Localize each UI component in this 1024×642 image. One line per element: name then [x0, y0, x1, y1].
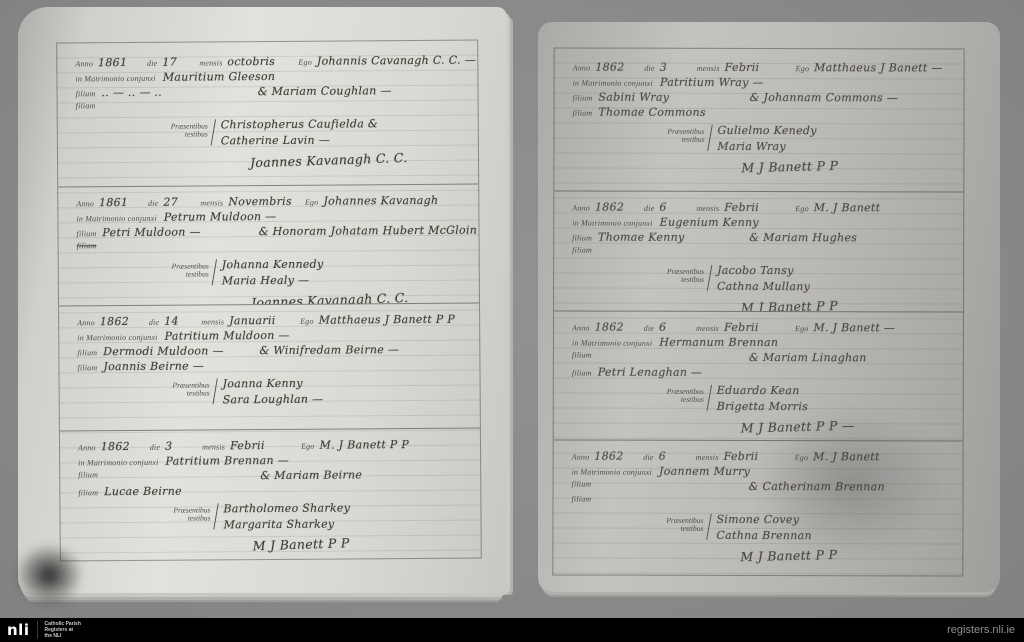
- entry-conjunxi-row: in Matrimonio conjunxi Eugenium Kenny: [572, 215, 957, 231]
- witness-bracket: [706, 514, 712, 540]
- die-label: die: [644, 64, 654, 73]
- entry-signature-row: M J Banett P P: [79, 535, 475, 553]
- testibus-label: Præsentibus testibus: [618, 124, 704, 144]
- entry-witnesses-row: Præsentibus testibus Joanna Kenny Sara L…: [78, 376, 474, 411]
- month-value: Febrii: [725, 61, 783, 74]
- priest-value: Johannes Kavanagh: [323, 194, 438, 208]
- day-value: 14: [164, 315, 188, 328]
- bride-value: & Catherinam Brennan: [749, 480, 885, 493]
- entry-conjunxi-row: in Matrimonio conjunxi Joannem Murry: [572, 465, 957, 481]
- groom-value: Patritium Brennan —: [165, 454, 289, 468]
- groom-father-value: .. — .. — ..: [101, 86, 162, 99]
- entry-filiam-row: filiam Joannis Beirne —: [77, 358, 473, 376]
- witness2-value: Sara Loughlan —: [223, 393, 324, 410]
- month-value: Januarii: [229, 314, 287, 327]
- mensis-label: mensis: [697, 64, 720, 73]
- priest-signature: M J Banett P P: [741, 298, 838, 311]
- register-entry: Anno 1862 die 6 mensis Febrii Ego M. J B…: [554, 310, 963, 441]
- testibus-label-line2: testibus: [186, 271, 209, 279]
- priest-value: M. J Banett: [814, 201, 881, 214]
- testibus-label: Præsentibus testibus: [617, 513, 703, 533]
- bride-father-value: Petri Lenaghan —: [598, 365, 703, 378]
- register-scan-viewer: Anno 1861 die 17 mensis octobris Ego Joh…: [0, 0, 1024, 642]
- book-corner-shadow: [14, 543, 84, 607]
- groom-value: Hermanum Brennan: [659, 335, 778, 348]
- entry-signature-row: [78, 411, 474, 429]
- register-entry: Anno 1862 die 14 mensis Januarii Ego Mat…: [59, 303, 480, 430]
- priest-signature: M J Banett P P: [253, 535, 350, 553]
- entry-signature-row: M J Banett P P: [571, 548, 956, 564]
- entry-witnesses-row: Præsentibus testibus Bartholomeo Sharkey…: [78, 500, 474, 535]
- mensis-label: mensis: [696, 453, 719, 462]
- year-value: 1862: [595, 61, 631, 74]
- witness1-value: Simone Covey: [716, 513, 812, 529]
- entry-filium-row: filium Thomae Kenny & Mariam Hughes: [572, 230, 957, 246]
- priest-value: Matthaeus J Banett P P: [319, 313, 456, 327]
- register-entry: Anno 1862 die 3 mensis Febrii Ego Mattha…: [554, 48, 963, 191]
- witness2-value: Maria Healy —: [222, 274, 324, 291]
- month-value: Febrii: [230, 439, 288, 452]
- right-page-form: Anno 1862 die 3 mensis Febrii Ego Mattha…: [552, 47, 964, 576]
- entry-conjunxi-row: in Matrimonio conjunxi Hermanum Brennan: [572, 335, 957, 351]
- day-value: 6: [659, 450, 683, 463]
- entry-signature-row: Joannes Kavanagh C. C.: [76, 152, 472, 170]
- anno-label: Anno: [78, 443, 96, 452]
- left-page-form: Anno 1861 die 17 mensis octobris Ego Joh…: [56, 40, 482, 562]
- testibus-label-line2: testibus: [187, 390, 210, 398]
- die-label: die: [148, 199, 158, 208]
- filium-label: filium: [573, 94, 593, 103]
- entry-witnesses-row: Præsentibus testibus Eduardo Kean Briget…: [572, 383, 957, 416]
- bride-father-value: Thomae Commons: [598, 106, 706, 119]
- entry-filiam-row: filiam: [571, 495, 956, 511]
- witness-names: Simone Covey Cathna Brennan: [716, 513, 812, 545]
- witness-bracket: [212, 260, 217, 286]
- month-value: Febrii: [724, 450, 782, 463]
- filiam-label: filiam: [571, 495, 591, 504]
- filium-label: filium: [77, 349, 97, 358]
- ego-label: Ego: [301, 441, 315, 450]
- witness-bracket: [212, 379, 217, 405]
- entry-conjunxi-row: in Matrimonio conjunxi Patritium Wray —: [573, 76, 958, 92]
- groom-value: Patritium Muldoon —: [165, 329, 290, 343]
- day-value: 6: [659, 320, 683, 333]
- priest-value: Matthaeus J Banett —: [814, 61, 943, 74]
- conjunxi-label: in Matrimonio conjunxi: [573, 79, 653, 88]
- entry-filium-row: filium & Catherinam Brennan: [572, 480, 957, 496]
- die-label: die: [150, 443, 160, 452]
- witness1-value: Gulielmo Kenedy: [717, 124, 816, 140]
- entry-date-row: Anno 1862 die 6 mensis Febrii Ego M. J B…: [572, 450, 957, 466]
- filiam-label: filiam: [77, 364, 97, 373]
- year-value: 1862: [100, 315, 136, 328]
- witness1-value: Johanna Kennedy: [222, 258, 324, 275]
- register-entry: Anno 1862 die 6 mensis Febrii Ego M. J B…: [554, 190, 963, 311]
- die-label: die: [644, 203, 654, 212]
- entry-date-row: Anno 1862 die 6 mensis Febrii Ego M. J B…: [572, 320, 957, 336]
- filium-label: filium: [572, 233, 592, 242]
- entry-witnesses-row: Præsentibus testibus Gulielmo Kenedy Mar…: [572, 124, 957, 157]
- witness-bracket: [707, 125, 713, 151]
- die-label: die: [149, 318, 159, 327]
- groom-father-value: Sabini Wray: [598, 91, 669, 104]
- month-value: Febrii: [724, 320, 782, 333]
- register-entry: Anno 1862 die 6 mensis Febrii Ego M. J B…: [553, 440, 962, 576]
- mensis-label: mensis: [696, 323, 719, 332]
- witness2-value: Margarita Sharkey: [224, 517, 351, 534]
- priest-value: M. J Banett —: [813, 321, 895, 334]
- site-watermark: registers.nli.ie: [947, 624, 1015, 636]
- witness-names: Johanna Kennedy Maria Healy —: [222, 258, 324, 291]
- priest-signature: M J Banett P P: [742, 158, 839, 175]
- ego-label: Ego: [298, 58, 312, 67]
- testibus-label: Præsentibus testibus: [618, 383, 704, 403]
- anno-label: Anno: [573, 64, 591, 73]
- right-page: Anno 1862 die 3 mensis Febrii Ego Mattha…: [538, 22, 1000, 592]
- ego-label: Ego: [796, 64, 810, 73]
- year-value: 1862: [101, 440, 137, 453]
- mensis-label: mensis: [199, 58, 222, 67]
- mensis-label: mensis: [202, 442, 225, 451]
- testibus-label-line2: testibus: [681, 395, 704, 403]
- bride-value: & Johannam Commons —: [750, 91, 898, 104]
- year-value: 1862: [594, 450, 630, 463]
- register-entry: Anno 1862 die 3 mensis Febrii Ego M. J B…: [60, 427, 481, 560]
- priest-signature: M J Banett P P: [741, 547, 838, 564]
- filiam-label: filiam: [77, 241, 97, 250]
- nli-tagline-line3: the NLI: [44, 633, 80, 639]
- witness2-value: Brigetta Morris: [717, 399, 808, 415]
- witness-bracket: [213, 503, 218, 529]
- witness-names: Bartholomeo Sharkey Margarita Sharkey: [223, 501, 350, 534]
- entry-filium-row: filium Sabini Wray & Johannam Commons —: [573, 91, 958, 107]
- testibus-label: Præsentibus testibus: [124, 502, 210, 523]
- day-value: 6: [659, 200, 683, 213]
- entry-filiam-row: filiam: [77, 239, 473, 257]
- bride-father-value: Joannis Beirne —: [103, 360, 204, 374]
- register-entry: Anno 1861 die 27 mensis Novembris Ego Jo…: [58, 184, 479, 306]
- ego-label: Ego: [305, 198, 319, 207]
- left-page: Anno 1861 die 17 mensis octobris Ego Joh…: [18, 7, 507, 593]
- witness-names: Gulielmo Kenedy Maria Wray: [717, 124, 816, 156]
- entry-signature-row: M J Banett P P: [572, 159, 957, 175]
- witness1-value: Joanna Kenny: [223, 377, 324, 394]
- witness1-value: Christopherus Caufielda &: [221, 117, 378, 134]
- bride-value: & Mariam Linaghan: [749, 350, 867, 363]
- year-value: 1862: [595, 200, 631, 213]
- ego-label: Ego: [795, 324, 809, 333]
- bride-value: & Mariam Coughlan —: [258, 84, 392, 98]
- nli-tagline: Catholic Parish Registers at the NLI: [37, 621, 80, 639]
- month-value: octobris: [227, 55, 285, 68]
- entry-filium-row: filium & Mariam Linaghan: [572, 350, 957, 366]
- ego-label: Ego: [795, 453, 809, 462]
- month-value: Febrii: [724, 201, 782, 214]
- entry-filium-row: filium Dermodi Muldoon — & Winifredam Be…: [77, 343, 473, 361]
- entry-signature-row: M J Banett P P: [572, 298, 957, 311]
- entry-filiam-row: filiam Lucae Beirne: [78, 482, 474, 500]
- groom-value: Patritium Wray —: [660, 76, 764, 89]
- witness-bracket: [706, 384, 712, 410]
- witness1-value: Eduardo Kean: [717, 383, 808, 399]
- witness-bracket: [211, 119, 216, 145]
- entry-filiam-row: filiam Thomae Commons: [573, 106, 958, 122]
- conjunxi-label: in Matrimonio conjunxi: [78, 458, 158, 468]
- groom-value: Mauritium Gleeson: [163, 70, 276, 84]
- year-value: 1861: [98, 56, 134, 69]
- die-label: die: [644, 323, 654, 332]
- anno-label: Anno: [77, 319, 95, 328]
- filium-label: filium: [78, 470, 98, 479]
- filiam-label: filiam: [572, 245, 592, 254]
- die-label: die: [643, 453, 653, 462]
- priest-signature: Joannes Kavanagh C. C.: [250, 150, 408, 170]
- conjunxi-label: in Matrimonio conjunxi: [572, 338, 652, 347]
- witness-names: Christopherus Caufielda & Catherine Lavi…: [221, 117, 378, 150]
- filium-label: filium: [76, 229, 96, 238]
- anno-label: Anno: [572, 323, 590, 332]
- filium-label: filium: [572, 480, 592, 489]
- entry-witnesses-row: Præsentibus testibus Simone Covey Cathna…: [571, 513, 956, 546]
- filium-label: filium: [572, 350, 592, 359]
- testibus-label-line2: testibus: [185, 130, 208, 138]
- entry-witnesses-row: Præsentibus testibus Johanna Kennedy Mar…: [77, 257, 473, 292]
- die-label: die: [147, 59, 157, 68]
- filiam-label: filiam: [76, 101, 96, 110]
- groom-father-value: Dermodi Muldoon —: [103, 345, 224, 359]
- anno-label: Anno: [572, 453, 590, 462]
- day-value: 17: [162, 56, 186, 69]
- entry-filium-row: filium & Mariam Beirne: [78, 467, 474, 485]
- testibus-label-line2: testibus: [681, 276, 704, 284]
- filiam-label: filiam: [573, 109, 593, 118]
- conjunxi-label: in Matrimonio conjunxi: [77, 333, 157, 343]
- anno-label: Anno: [76, 199, 94, 208]
- filium-label: filium: [76, 89, 96, 98]
- entry-witnesses-row: Præsentibus testibus Jacobo Tansy Cathna…: [572, 263, 957, 296]
- testibus-label: Præsentibus testibus: [124, 378, 210, 399]
- groom-value: Eugenium Kenny: [660, 215, 759, 228]
- witness1-value: Bartholomeo Sharkey: [223, 501, 350, 518]
- witness2-value: Maria Wray: [717, 140, 816, 156]
- testibus-label-line2: testibus: [680, 525, 703, 533]
- priest-value: Johannis Cavanagh C. C. —: [317, 54, 476, 68]
- entry-filium-row: filium Petri Muldoon — & Honoram Johatam…: [76, 224, 472, 242]
- witness-names: Jacobo Tansy Cathna Mullany: [717, 264, 810, 296]
- entry-filiam-row: filiam Petri Lenaghan —: [572, 365, 957, 381]
- priest-value: M. J Banett: [813, 450, 880, 463]
- conjunxi-label: in Matrimonio conjunxi: [76, 214, 156, 224]
- filiam-label: filiam: [572, 368, 592, 377]
- witness-names: Joanna Kenny Sara Loughlan —: [223, 377, 324, 410]
- bride-value: & Winifredam Beirne —: [259, 344, 399, 358]
- year-value: 1861: [99, 196, 135, 209]
- entry-filiam-row: filiam: [572, 245, 957, 261]
- testibus-label: Præsentibus testibus: [123, 259, 209, 280]
- priest-value: M. J Banett P P: [320, 438, 410, 452]
- witness1-value: Jacobo Tansy: [717, 264, 810, 280]
- bride-father-value: Lucae Beirne: [104, 484, 182, 498]
- mensis-label: mensis: [200, 198, 223, 207]
- anno-label: Anno: [572, 203, 590, 212]
- ego-label: Ego: [795, 204, 809, 213]
- day-value: 3: [165, 439, 189, 452]
- conjunxi-label: in Matrimonio conjunxi: [75, 74, 155, 84]
- entry-date-row: Anno 1862 die 6 mensis Febrii Ego M. J B…: [572, 200, 957, 216]
- entry-filium-row: filium .. — .. — .. & Mariam Coughlan —: [76, 84, 472, 102]
- groom-father-value: Petri Muldoon —: [102, 226, 200, 240]
- filiam-label: filiam: [78, 488, 98, 497]
- conjunxi-label: in Matrimonio conjunxi: [572, 468, 652, 477]
- entry-signature-row: M J Banett P P —: [572, 418, 957, 434]
- month-value: Novembris: [228, 195, 292, 208]
- testibus-label: Præsentibus testibus: [122, 118, 208, 139]
- entry-witnesses-row: Præsentibus testibus Christopherus Caufi…: [76, 117, 472, 152]
- witness-names: Eduardo Kean Brigetta Morris: [717, 383, 808, 415]
- witness2-value: Catherine Lavin —: [221, 133, 378, 150]
- groom-value: Petrum Muldoon —: [164, 210, 277, 224]
- witness2-value: Cathna Mullany: [717, 280, 810, 296]
- ego-label: Ego: [300, 317, 314, 326]
- register-entry: Anno 1861 die 17 mensis octobris Ego Joh…: [57, 41, 478, 187]
- testibus-label: Præsentibus testibus: [618, 263, 704, 283]
- footer-bar: nli Catholic Parish Registers at the NLI…: [0, 618, 1024, 642]
- mensis-label: mensis: [201, 318, 224, 327]
- testibus-label-line2: testibus: [682, 136, 705, 144]
- bride-value: & Mariam Hughes: [749, 231, 857, 244]
- groom-father-value: Thomae Kenny: [598, 230, 685, 243]
- anno-label: Anno: [75, 59, 93, 68]
- nli-logo: nli: [7, 623, 29, 638]
- conjunxi-label: in Matrimonio conjunxi: [572, 218, 652, 227]
- groom-value: Joannem Murry: [659, 465, 750, 478]
- witness-bracket: [707, 265, 713, 291]
- witness2-value: Cathna Brennan: [716, 529, 812, 545]
- testibus-label-line2: testibus: [188, 514, 211, 522]
- bride-value: & Mariam Beirne: [260, 468, 362, 482]
- entry-date-row: Anno 1862 die 3 mensis Febrii Ego Mattha…: [573, 61, 958, 77]
- day-value: 27: [163, 196, 187, 209]
- day-value: 3: [660, 61, 684, 74]
- priest-signature: M J Banett P P —: [741, 417, 855, 435]
- mensis-label: mensis: [696, 204, 719, 213]
- year-value: 1862: [595, 320, 631, 333]
- entry-filiam-row: filiam: [76, 99, 472, 117]
- bride-value: & Honoram Johatam Hubert McGloin: [259, 224, 478, 239]
